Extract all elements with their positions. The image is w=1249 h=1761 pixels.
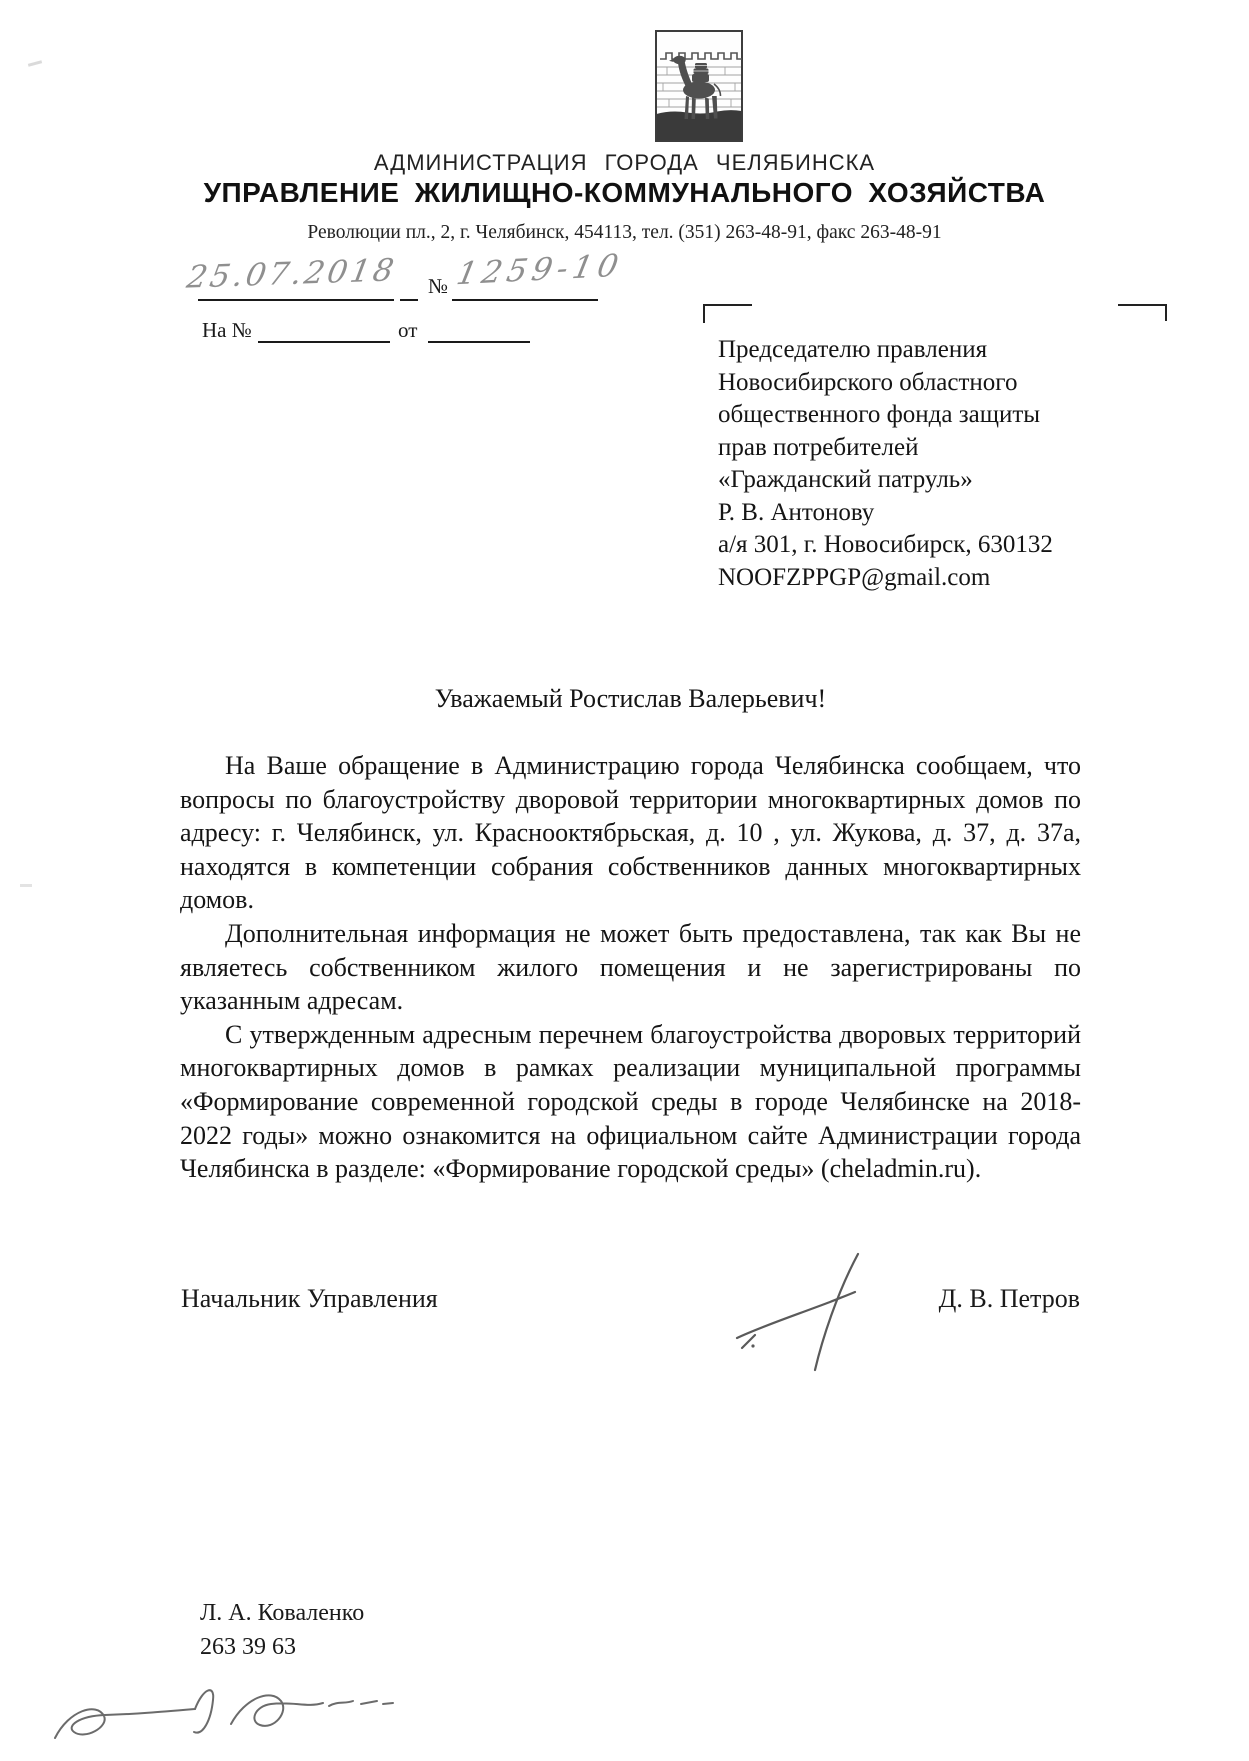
reply-number-underline: [258, 341, 390, 343]
signer-name: Д. В. Петров: [920, 1284, 1080, 1314]
body-paragraph: Дополнительная информация не может быть …: [180, 917, 1081, 1018]
salutation: Уважаемый Ростислав Валерьевич!: [180, 684, 1081, 714]
executor-phone: 263 39 63: [200, 1634, 296, 1661]
organization-address-line: Революции пл., 2, г. Челябинск, 454113, …: [0, 222, 1249, 244]
letter-body: На Ваше обращение в Администрацию города…: [180, 749, 1081, 1186]
reply-to-number-label: На №: [202, 318, 252, 343]
ground: [657, 110, 742, 140]
petrov-signature-icon: [715, 1248, 895, 1376]
reply-from-label: от: [398, 318, 417, 343]
recipient-line: Новосибирского областного: [718, 367, 1158, 400]
recipient-line: общественного фонда защиты: [718, 399, 1158, 432]
executor-name: Л. А. Коваленко: [200, 1600, 364, 1627]
address-zone-corner-left: [703, 304, 752, 323]
outgoing-date-handwritten: 25.07.2018: [184, 252, 399, 295]
address-zone-corner-right: [1118, 304, 1167, 321]
signer-position-title: Начальник Управления: [181, 1284, 438, 1314]
recipient-line: прав потребителей: [718, 432, 1158, 465]
body-paragraph: С утвержденным адресным перечнем благоус…: [180, 1018, 1081, 1186]
recipient-email: NOOFZPPGP@gmail.com: [718, 562, 1158, 595]
date-underline: [198, 299, 394, 301]
scan-speck: [20, 884, 32, 887]
recipient-line: Р. В. Антонову: [718, 497, 1158, 530]
number-underline: [452, 299, 598, 301]
recipient-line: Председателю правления: [718, 334, 1158, 367]
scan-speck: [28, 60, 42, 67]
number-sign-label: №: [428, 274, 448, 299]
chelyabinsk-coat-of-arms-icon: [655, 30, 743, 142]
organization-name-line2: УПРАВЛЕНИЕ ЖИЛИЩНО-КОММУНАЛЬНОГО ХОЗЯЙСТ…: [0, 177, 1249, 209]
letter-page: АДМИНИСТРАЦИЯ ГОРОДА ЧЕЛЯБИНСКА УПРАВЛЕН…: [0, 0, 1249, 1761]
reply-date-underline: [428, 341, 530, 343]
executor-signature-icon: [45, 1676, 397, 1756]
outgoing-number-handwritten: 1259-10: [454, 248, 627, 293]
recipient-line: а/я 301, г. Новосибирск, 630132: [718, 529, 1158, 562]
body-paragraph: На Ваше обращение в Администрацию города…: [180, 749, 1081, 917]
gap-underline: [400, 299, 418, 301]
recipient-address-block: Председателю правления Новосибирского об…: [718, 334, 1158, 594]
organization-name-line1: АДМИНИСТРАЦИЯ ГОРОДА ЧЕЛЯБИНСКА: [0, 150, 1249, 176]
recipient-line: «Гражданский патруль»: [718, 464, 1158, 497]
